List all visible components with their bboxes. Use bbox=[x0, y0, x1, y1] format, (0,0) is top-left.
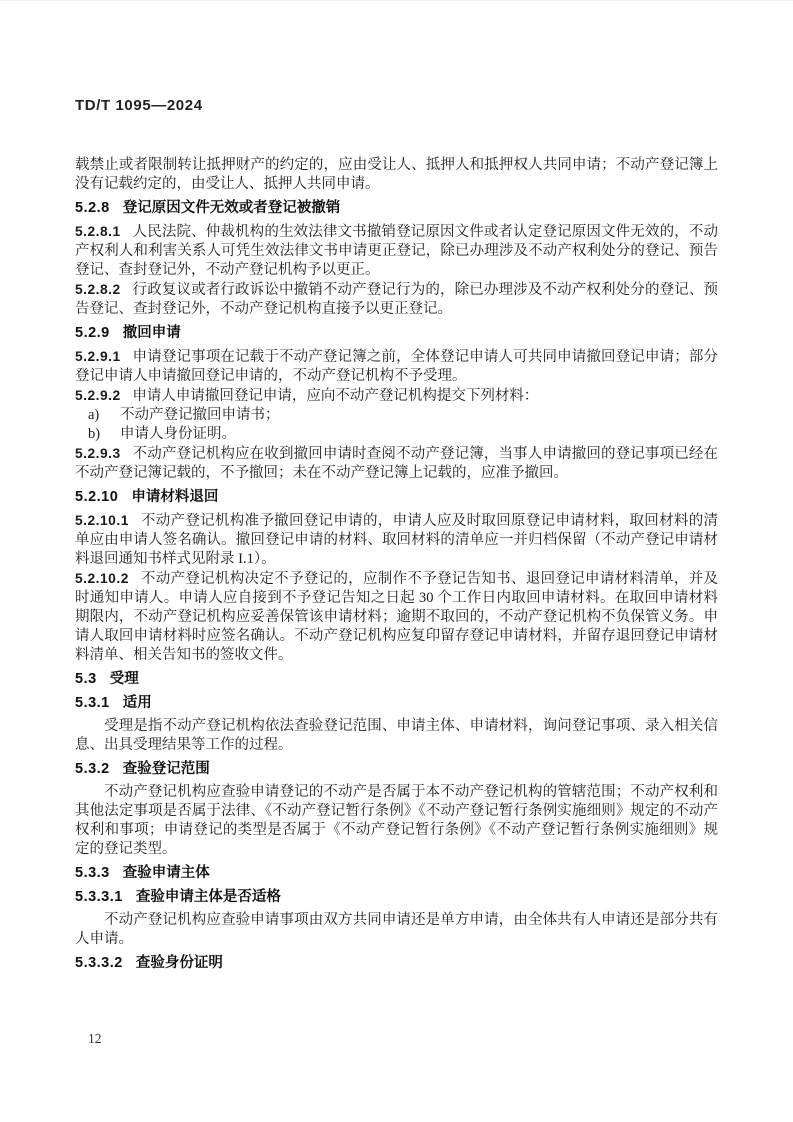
clause-text: 申请人申请撤回登记申请，应向不动产登记机构提交下列材料： bbox=[132, 388, 538, 404]
clause-text: 不动产登记机构决定不予登记的，应制作不予登记告知书、退回登记申请材料清单，并及时… bbox=[75, 571, 718, 663]
clause-text: 行政复议或者行政诉讼中撤销不动产登记行为的，除已办理涉及不动产权利处分的登记、预… bbox=[75, 282, 718, 317]
clause-heading-5-3-2: 5.3.2查验登记范围 bbox=[75, 760, 718, 779]
clause-title: 查验登记范围 bbox=[123, 761, 210, 777]
clause-5-2-8-2: 5.2.8.2行政复议或者行政诉讼中撤销不动产登记行为的，除已办理涉及不动产权利… bbox=[75, 280, 718, 319]
clause-title: 查验申请主体是否适格 bbox=[136, 889, 281, 905]
clause-number: 5.2.8.2 bbox=[75, 282, 121, 297]
clause-number: 5.2.8 bbox=[75, 200, 110, 216]
clause-number: 5.2.10 bbox=[75, 489, 118, 505]
paragraph-5-3-1: 受理是指不动产登记机构依法查验登记范围、申请主体、申请材料，询问登记事项、录入相… bbox=[75, 717, 718, 755]
clause-text: 不动产登记机构准予撤回登记申请的，申请人应及时取回原登记申请材料，取回材料的清单… bbox=[75, 513, 718, 567]
list-item-b: b)申请人身份证明。 bbox=[88, 425, 718, 444]
clause-number: 5.2.9.1 bbox=[75, 349, 121, 364]
clause-title: 登记原因文件无效或者登记被撤销 bbox=[123, 200, 341, 216]
clause-text: 人民法院、仲裁机构的生效法律文书撤销登记原因文件或者认定登记原因文件无效的，不动… bbox=[75, 224, 718, 278]
list-text: 申请人身份证明。 bbox=[120, 426, 236, 442]
clause-number: 5.3.3 bbox=[75, 865, 110, 881]
document-page: TD/T 1095—2024 载禁止或者限制转让抵押财产的约定的，应由受让人、抵… bbox=[0, 0, 793, 1122]
clause-5-2-10-2: 5.2.10.2不动产登记机构决定不予登记的，应制作不予登记告知书、退回登记申请… bbox=[75, 569, 718, 665]
paragraph-5-3-3-1: 不动产登记机构应查验申请事项由双方共同申请还是单方申请，由全体共有人申请还是部分… bbox=[75, 911, 718, 949]
clause-heading-5-3-3-1: 5.3.3.1查验申请主体是否适格 bbox=[75, 888, 718, 907]
clause-number: 5.3 bbox=[75, 671, 97, 687]
clause-heading-5-2-9: 5.2.9撤回申请 bbox=[75, 324, 718, 343]
clause-title: 受理 bbox=[110, 671, 139, 687]
clause-5-2-9-2: 5.2.9.2申请人申请撤回登记申请，应向不动产登记机构提交下列材料： bbox=[75, 386, 718, 406]
clause-number: 5.3.2 bbox=[75, 761, 110, 777]
clause-5-2-8-1: 5.2.8.1人民法院、仲裁机构的生效法律文书撤销登记原因文件或者认定登记原因文… bbox=[75, 222, 718, 280]
clause-title: 适用 bbox=[123, 695, 152, 711]
clause-title: 查验申请主体 bbox=[123, 865, 210, 881]
clause-heading-5-2-10: 5.2.10申请材料退回 bbox=[75, 488, 718, 507]
list-marker: b) bbox=[88, 425, 106, 444]
clause-text: 申请登记事项在记载于不动产登记簿之前，全体登记申请人可共同申请撤回登记申请；部分… bbox=[75, 349, 718, 384]
list-marker: a) bbox=[88, 406, 106, 425]
clause-heading-5-3-1: 5.3.1适用 bbox=[75, 694, 718, 713]
clause-text: 不动产登记机构应在收到撤回申请时查阅不动产登记簿，当事人申请撤回的登记事项已经在… bbox=[75, 446, 718, 481]
paragraph-5-3-2: 不动产登记机构应查验申请登记的不动产是否属于本不动产登记机构的管辖范围；不动产权… bbox=[75, 783, 718, 859]
clause-title: 申请材料退回 bbox=[131, 489, 218, 505]
clause-title: 查验身份证明 bbox=[136, 955, 223, 971]
clause-heading-5-2-8: 5.2.8登记原因文件无效或者登记被撤销 bbox=[75, 199, 718, 218]
clause-heading-5-3-3: 5.3.3查验申请主体 bbox=[75, 864, 718, 883]
clause-number: 5.3.3.2 bbox=[75, 955, 123, 971]
clause-title: 撤回申请 bbox=[123, 325, 181, 341]
clause-number: 5.2.10.1 bbox=[75, 513, 129, 528]
clause-heading-5-3-3-2: 5.3.3.2查验身份证明 bbox=[75, 954, 718, 973]
clause-number: 5.2.9.3 bbox=[75, 446, 121, 461]
clause-5-2-10-1: 5.2.10.1不动产登记机构准予撤回登记申请的，申请人应及时取回原登记申请材料… bbox=[75, 511, 718, 569]
list-item-a: a)不动产登记撤回申请书； bbox=[88, 406, 718, 425]
standard-code: TD/T 1095—2024 bbox=[75, 97, 203, 114]
page-number: 12 bbox=[88, 1031, 102, 1047]
clause-number: 5.3.3.1 bbox=[75, 889, 123, 905]
clause-heading-5-3: 5.3受理 bbox=[75, 670, 718, 689]
document-body: 载禁止或者限制转让抵押财产的约定的，应由受让人、抵押人和抵押权人共同申请；不动产… bbox=[75, 156, 718, 977]
clause-number: 5.3.1 bbox=[75, 695, 110, 711]
clause-5-2-9-1: 5.2.9.1申请登记事项在记载于不动产登记簿之前，全体登记申请人可共同申请撤回… bbox=[75, 347, 718, 386]
clause-number: 5.2.9 bbox=[75, 325, 110, 341]
clause-number: 5.2.8.1 bbox=[75, 224, 121, 239]
clause-number: 5.2.9.2 bbox=[75, 388, 121, 403]
clause-number: 5.2.10.2 bbox=[75, 571, 129, 586]
paragraph-continued: 载禁止或者限制转让抵押财产的约定的，应由受让人、抵押人和抵押权人共同申请；不动产… bbox=[75, 156, 718, 194]
clause-5-2-9-3: 5.2.9.3不动产登记机构应在收到撤回申请时查阅不动产登记簿，当事人申请撤回的… bbox=[75, 444, 718, 483]
list-text: 不动产登记撤回申请书； bbox=[120, 407, 280, 423]
